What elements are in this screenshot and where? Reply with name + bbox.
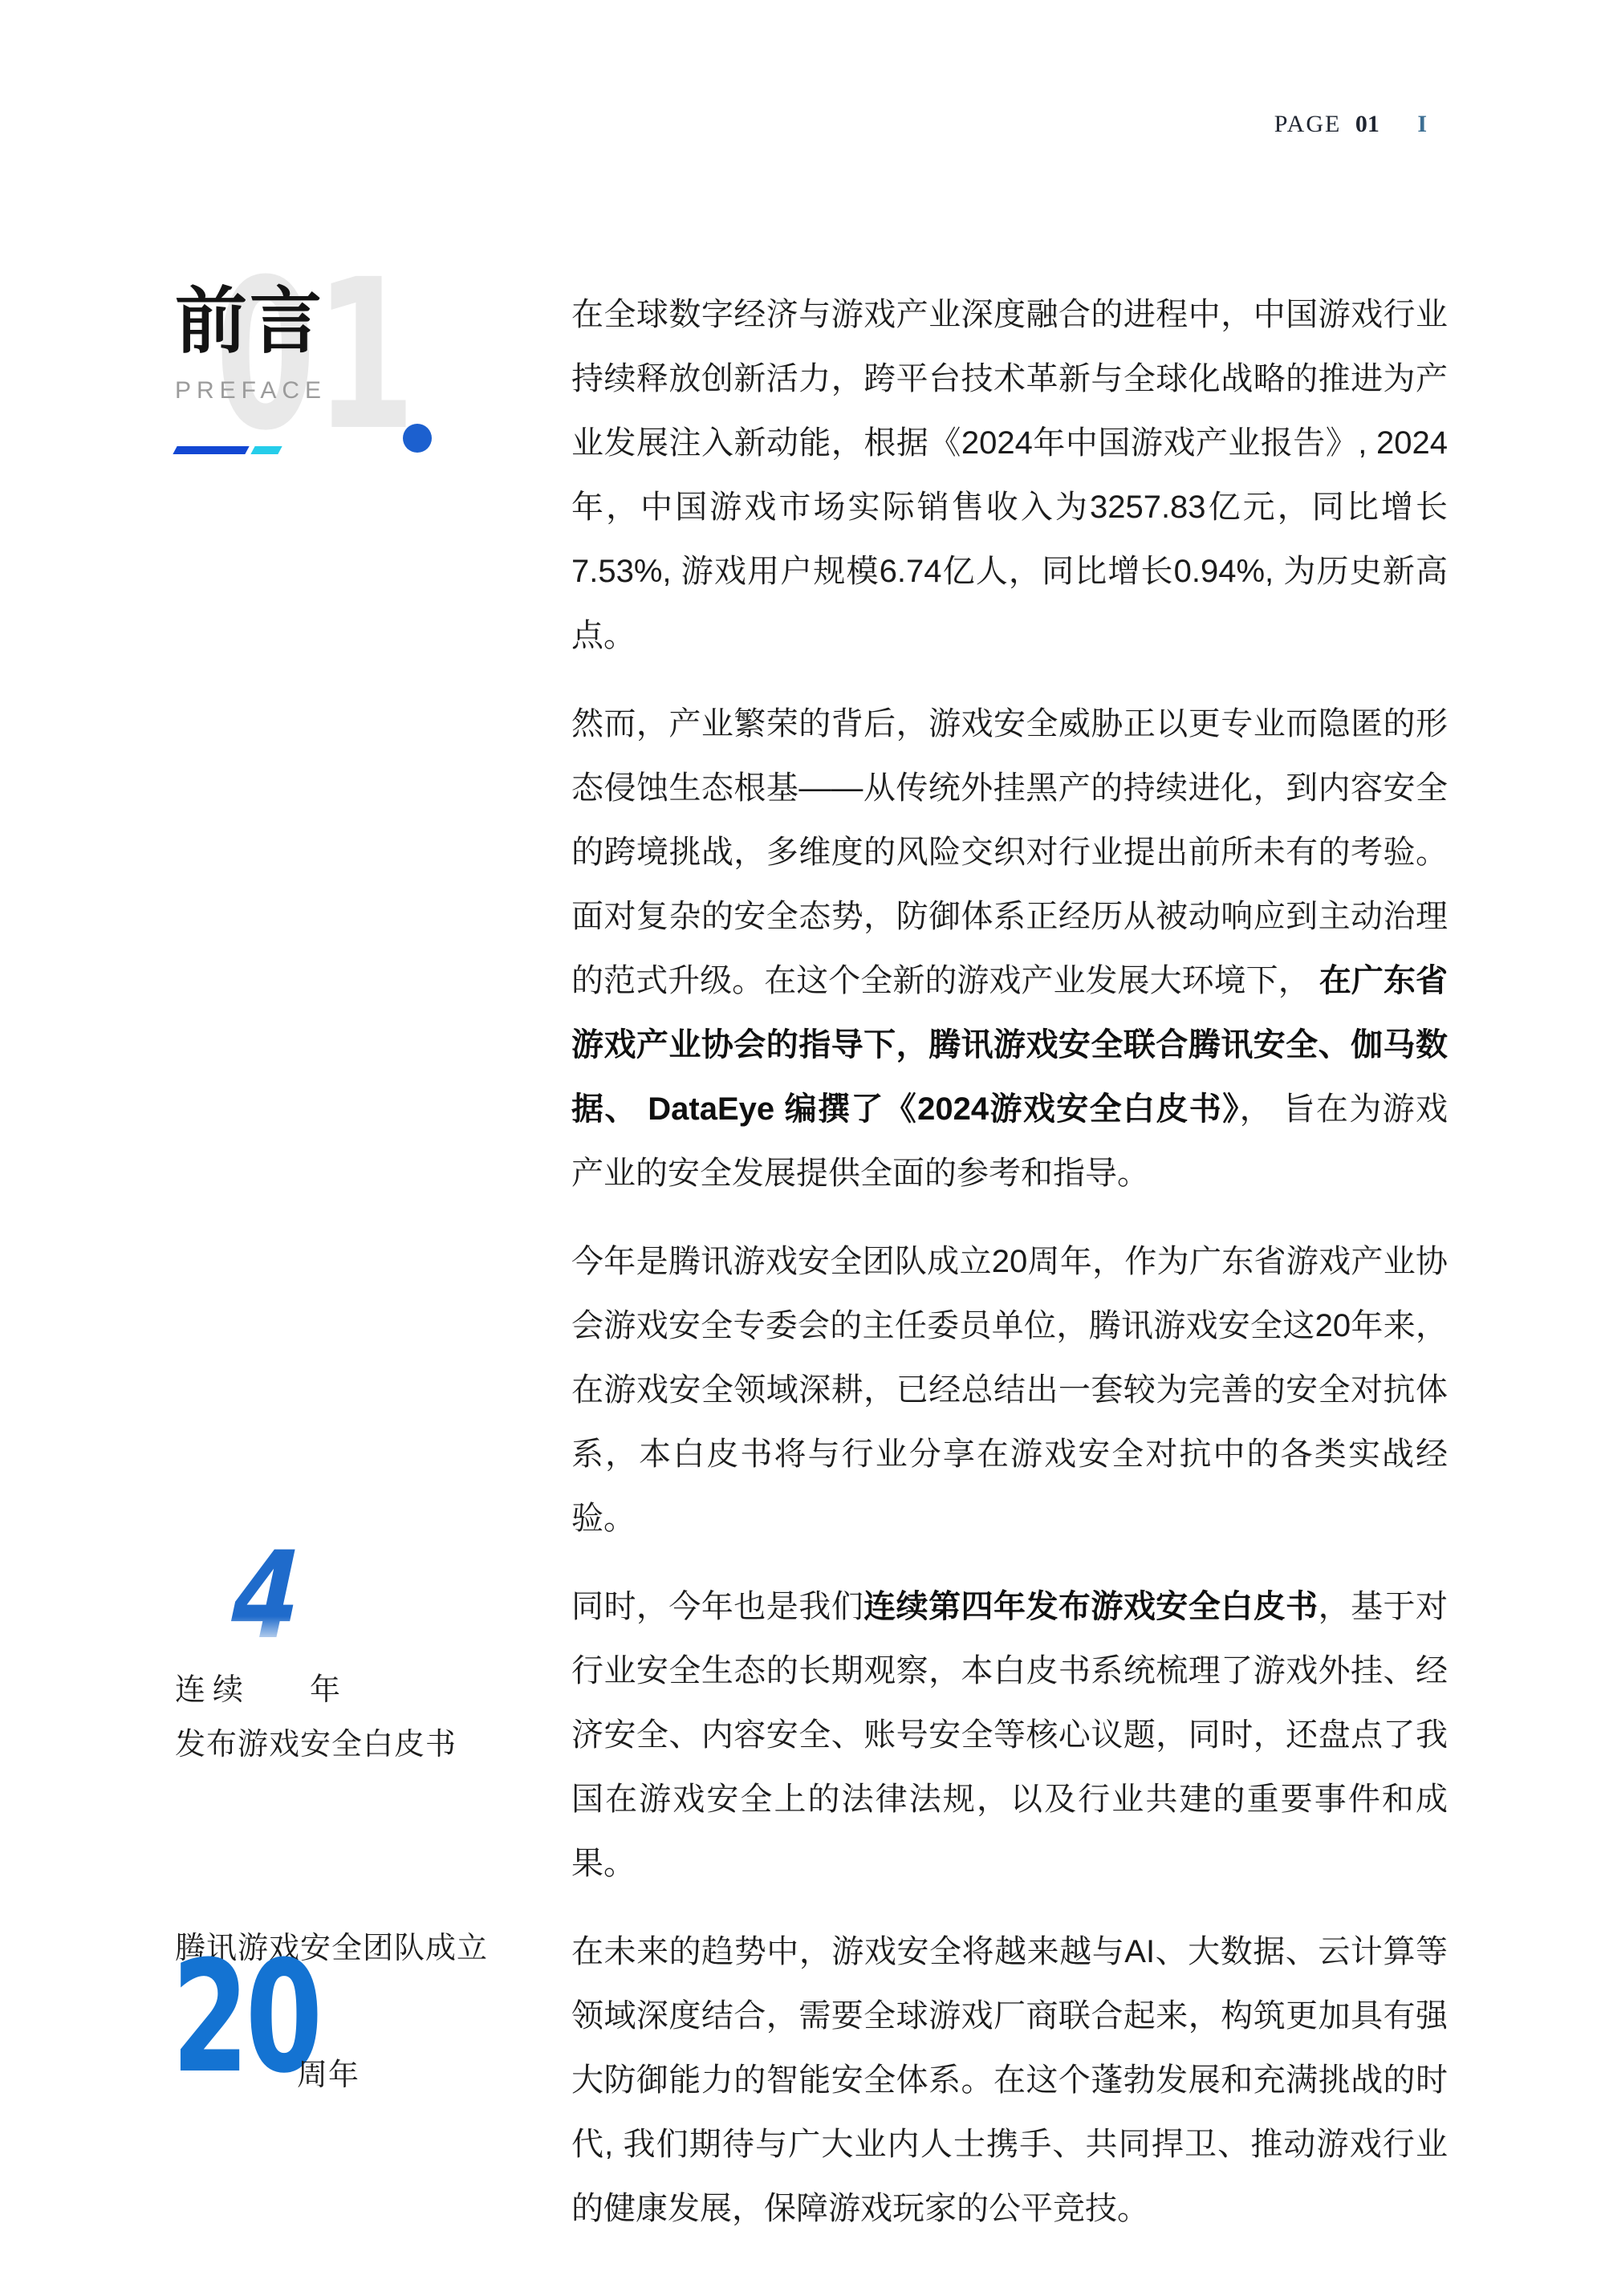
callout-suffix: 周年 (297, 2050, 360, 2094)
callout-prefix: 连续 (175, 1664, 250, 1709)
callout-four-years: 4 连续 年 发布游戏安全白皮书 (175, 1563, 520, 1763)
page-label: PAGE (1274, 111, 1342, 137)
paragraph-text: 今年是腾讯游戏安全团队成立20周年，作为广东省游戏产业协会游戏安全专委会的主任委… (571, 1244, 1448, 1536)
callout-description: 发布游戏安全白皮书 (175, 1719, 520, 1763)
paragraph-text: 在全球数字经济与游戏产业深度融合的进程中，中国游戏行业持续释放创新活力，跨平台技… (571, 297, 1448, 653)
paragraph-text: 同时，今年也是我们 (571, 1589, 863, 1624)
paragraph-team-20-years: 今年是腾讯游戏安全团队成立20周年，作为广东省游戏产业协会游戏安全专委会的主任委… (571, 1229, 1448, 1550)
callout-suffix: 年 (310, 1664, 340, 1709)
title-underline (175, 446, 496, 454)
callout-four-line1: 连续 年 (175, 1664, 520, 1709)
emphasis-fourth-year: 连续第四年发布游戏安全白皮书 (863, 1589, 1318, 1624)
accent-dot (403, 424, 432, 453)
underline-secondary-segment (250, 446, 282, 454)
main-text-column: 在全球数字经济与游戏产业深度融合的进程中，中国游戏行业持续释放创新活力，跨平台技… (571, 282, 1448, 2265)
title-block: 01 前言 PREFACE (175, 281, 496, 454)
paragraph-future-trends: 在未来的趋势中，游戏安全将越来越与AI、大数据、云计算等领域深度结合，需要全球游… (571, 1920, 1448, 2241)
page-number: 01 (1355, 111, 1379, 137)
paragraph-industry-overview: 在全球数字经济与游戏产业深度融合的进程中，中国游戏行业持续释放创新活力，跨平台技… (571, 282, 1448, 668)
preface-page: PAGE 01 I 01 前言 PREFACE 在全球数字经济与游戏产业深度融合… (0, 0, 1605, 2296)
underline-primary-segment (173, 446, 249, 454)
number-fade-overlay (230, 1616, 348, 1666)
callout-twenty-years: 腾讯游戏安全团队成立 20 周年 (175, 1923, 592, 2095)
preface-subtitle: PREFACE (175, 377, 496, 404)
page-header: PAGE 01 I (1274, 111, 1427, 138)
paragraph-text: 然而，产业繁荣的背后，游戏安全威胁正以更专业而隐匿的形态侵蚀生态根基——从传统外… (571, 706, 1448, 998)
big-number-4: 4 (236, 1536, 332, 1658)
section-roman-numeral: I (1417, 111, 1427, 137)
preface-title: 前言 (175, 281, 496, 364)
paragraph-text: 在未来的趋势中，游戏安全将越来越与AI、大数据、云计算等领域深度结合，需要全球游… (571, 1934, 1448, 2226)
paragraph-security-threats: 然而，产业繁荣的背后，游戏安全威胁正以更专业而隐匿的形态侵蚀生态根基——从传统外… (571, 692, 1448, 1205)
paragraph-fourth-whitepaper: 同时，今年也是我们连续第四年发布游戏安全白皮书，基于对行业安全生态的长期观察，本… (571, 1575, 1448, 1896)
big-number-20-row: 20 周年 (175, 1973, 592, 2095)
paragraph-text: ，基于对行业安全生态的长期观察，本白皮书系统梳理了游戏外挂、经济安全、内容安全、… (571, 1589, 1448, 1881)
